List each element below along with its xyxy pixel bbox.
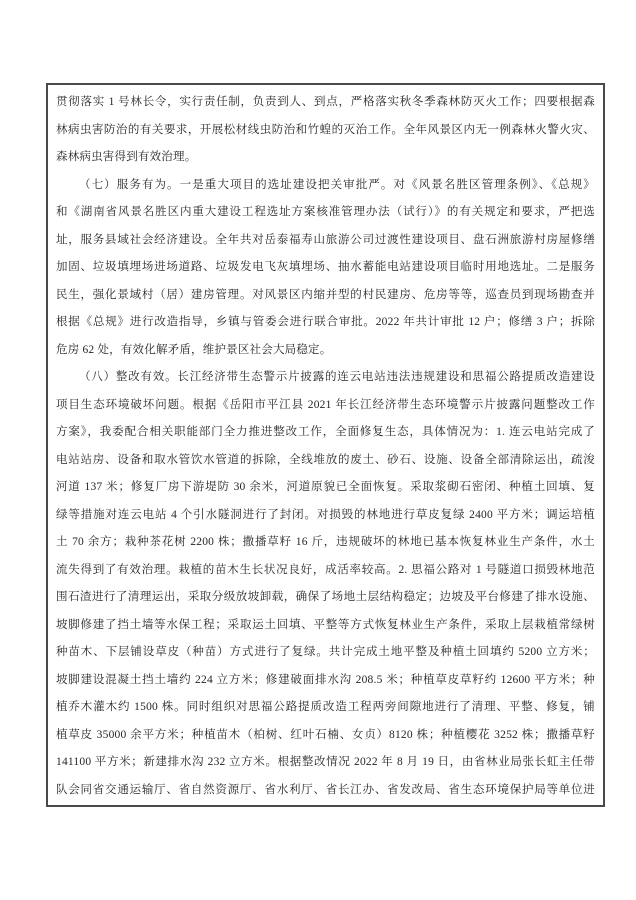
- text-line: 和《湖南省风景名胜区内重大建设工程选址方案核准管理办法（试行）》的有关规定和要求…: [56, 199, 595, 227]
- text-line: 种苗木、下层铺设草皮（种苗）方式进行了复绿。共计完成土地平整及种植土回填约 52…: [56, 639, 595, 667]
- text-line: 141100 平方米；新建排水沟 232 立方米。根据整改情况 2022 年 8…: [56, 749, 595, 777]
- document-body: 贯彻落实 1 号林长令，实行责任制，负责到人、到点，严格落实秋冬季森林防灭火工作…: [56, 89, 595, 804]
- text-line: 队会同省交通运输厅、省自然资源厅、省水利厅、省长江办、省发改局、省生态环境保护局…: [56, 777, 595, 805]
- text-line: 森林病虫害得到有效治理。: [56, 144, 595, 172]
- text-line: 加固、垃圾填埋场进场道路、垃圾发电飞灰填埋场、抽水蓄能电站建设项目临时用地选址。…: [56, 254, 595, 282]
- text-line: 危房 62 处，有效化解矛盾，维护景区社会大局稳定。: [56, 337, 595, 365]
- text-line: 植草皮 35000 余平方米；种植苗木（柏树、红叶石楠、女贞）8120 株；种植…: [56, 722, 595, 750]
- document-table-cell: 贯彻落实 1 号林长令，实行责任制，负责到人、到点，严格落实秋冬季森林防灭火工作…: [46, 83, 605, 807]
- text-line: 电站站房、设备和取水管饮水管道的拆除，全线堆放的废土、砂石、设施、设备全部清除运…: [56, 447, 595, 475]
- text-line: 绿等措施对连云电站 4 个引水隧洞进行了封闭。对损毁的林地进行草皮复绿 2400…: [56, 502, 595, 530]
- text-line: 流失得到了有效治理。栽植的苗木生长状况良好，成活率较高。2. 思福公路对 1 号…: [56, 557, 595, 585]
- text-line: 土 70 余方；栽种茶花树 2200 株；撒播草籽 16 斤，违规破坏的林地已基…: [56, 529, 595, 557]
- text-line: （七）服务有为。一是重大项目的选址建设把关审批严。对《风景名胜区管理条例》、《总…: [56, 172, 595, 200]
- text-line: 坡脚建设混凝土挡土墙约 224 立方米；修建破面排水沟 208.5 米；种植草皮…: [56, 667, 595, 695]
- text-line: 址，服务县域社会经济建设。全年共对岳泰福寿山旅游公司过渡性建设项目、盘石洲旅游村…: [56, 227, 595, 255]
- text-line: 围石渣进行了清理运出，采取分级放坡卸载，确保了场地土层结构稳定；边坡及平台修建了…: [56, 584, 595, 612]
- text-line: 河道 137 米；修复厂房下游堤防 30 余米，河道原貌已全面恢复。采取浆砌石密…: [56, 474, 595, 502]
- text-line: 民生，强化景域村（居）建房管理。对风景区内缩并型的村民建房、危房等等，巡查员到现…: [56, 282, 595, 310]
- text-line: 林病虫害防治的有关要求，开展松材线虫防治和竹蝗的灭治工作。全年风景区内无一例森林…: [56, 117, 595, 145]
- text-line: 方案》，我委配合相关职能部门全力推进整改工作，全面修复生态，具体情况为：1. 连…: [56, 419, 595, 447]
- document-page: 贯彻落实 1 号林长令，实行责任制，负责到人、到点，严格落实秋冬季森林防灭火工作…: [0, 0, 636, 900]
- text-line: 坡脚修建了挡土墙等水保工程；采取运土回填、平整等方式恢复林业生产条件，采取上层栽…: [56, 612, 595, 640]
- text-line: 植乔木灌木约 1500 株。同时组织对思福公路提质改造工程两旁间隙地进行了清理、…: [56, 694, 595, 722]
- text-line: 项目生态环境破坏问题。根据《岳阳市平江县 2021 年长江经济带生态环境警示片披…: [56, 392, 595, 420]
- text-line: （八）整改有效。长江经济带生态警示片披露的连云电站违法违规建设和思福公路提质改造…: [56, 364, 595, 392]
- text-line: 贯彻落实 1 号林长令，实行责任制，负责到人、到点，严格落实秋冬季森林防灭火工作…: [56, 89, 595, 117]
- text-line: 根据《总规》进行改造指导，乡镇与管委会进行联合审批。2022 年共计审批 12 …: [56, 309, 595, 337]
